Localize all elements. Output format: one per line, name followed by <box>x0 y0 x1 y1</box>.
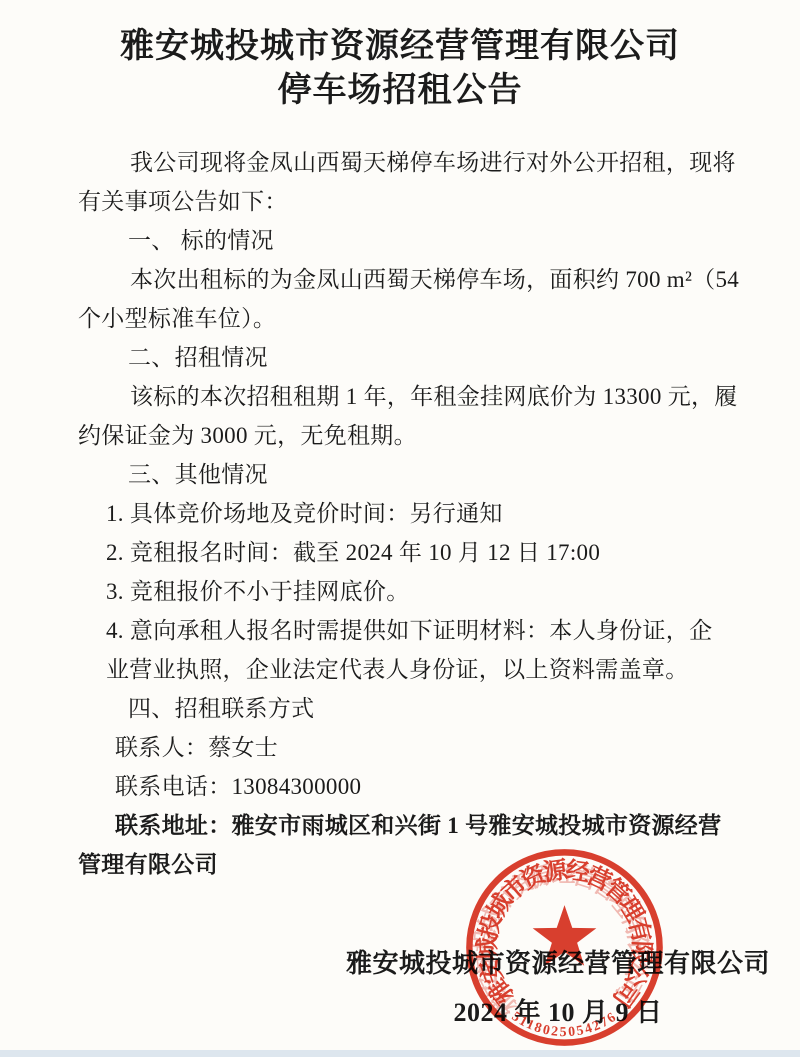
scan-edge-artifact <box>0 1050 800 1057</box>
section-2-line-2: 约保证金为 3000 元，无免租期。 <box>78 416 760 455</box>
section-heading-2: 二、招租情况 <box>128 338 760 377</box>
official-red-seal: 雅安城投城市资源经营管理有限公司 雅安城投城市资源经营管理有限公司 511802… <box>461 844 668 1051</box>
title-line-notice: 停车场招租公告 <box>0 69 800 113</box>
section-heading-3: 三、其他情况 <box>128 455 760 494</box>
section-2-line-1: 该标的本次招租租期 1 年，年租金挂网底价为 13300 元，履 <box>78 377 760 416</box>
contact-phone: 联系电话：13084300000 <box>115 767 760 806</box>
section-heading-1: 一、 标的情况 <box>128 221 760 260</box>
section-1-line-1: 本次出租标的为金凤山西蜀天梯停车场，面积约 700 m²（54 <box>78 260 760 299</box>
title-line-company: 雅安城投城市资源经营管理有限公司 <box>0 25 800 69</box>
intro-paragraph-line-2: 有关事项公告如下： <box>78 182 760 221</box>
list-item-4-line-2: 业营业执照，企业法定代表人身份证，以上资料需盖章。 <box>106 650 760 689</box>
contact-address-line-1: 联系地址：雅安市雨城区和兴街 1 号雅安城投城市资源经营 <box>115 806 760 845</box>
document-page: 雅安城投城市资源经营管理有限公司 停车场招租公告 我公司现将金凤山西蜀天梯停车场… <box>0 0 800 1057</box>
section-heading-4: 四、招租联系方式 <box>128 689 760 728</box>
contact-person: 联系人：蔡女士 <box>115 728 760 767</box>
list-item-2: 2. 竞租报名时间：截至 2024 年 10 月 12 日 17:00 <box>106 533 760 572</box>
document-body: 我公司现将金凤山西蜀天梯停车场进行对外公开招租，现将 有关事项公告如下： 一、 … <box>78 143 760 884</box>
list-item-3: 3. 竞租报价不小于挂网底价。 <box>106 572 760 611</box>
section-1-line-2: 个小型标准车位）。 <box>78 299 760 338</box>
document-title: 雅安城投城市资源经营管理有限公司 停车场招租公告 <box>0 0 800 113</box>
list-item-4-line-1: 4. 意向承租人报名时需提供如下证明材料：本人身份证，企 <box>106 611 760 650</box>
intro-paragraph-line-1: 我公司现将金凤山西蜀天梯停车场进行对外公开招租，现将 <box>78 143 760 182</box>
star-icon <box>533 905 597 966</box>
list-item-1: 1. 具体竞价场地及竞价时间：另行通知 <box>106 494 760 533</box>
